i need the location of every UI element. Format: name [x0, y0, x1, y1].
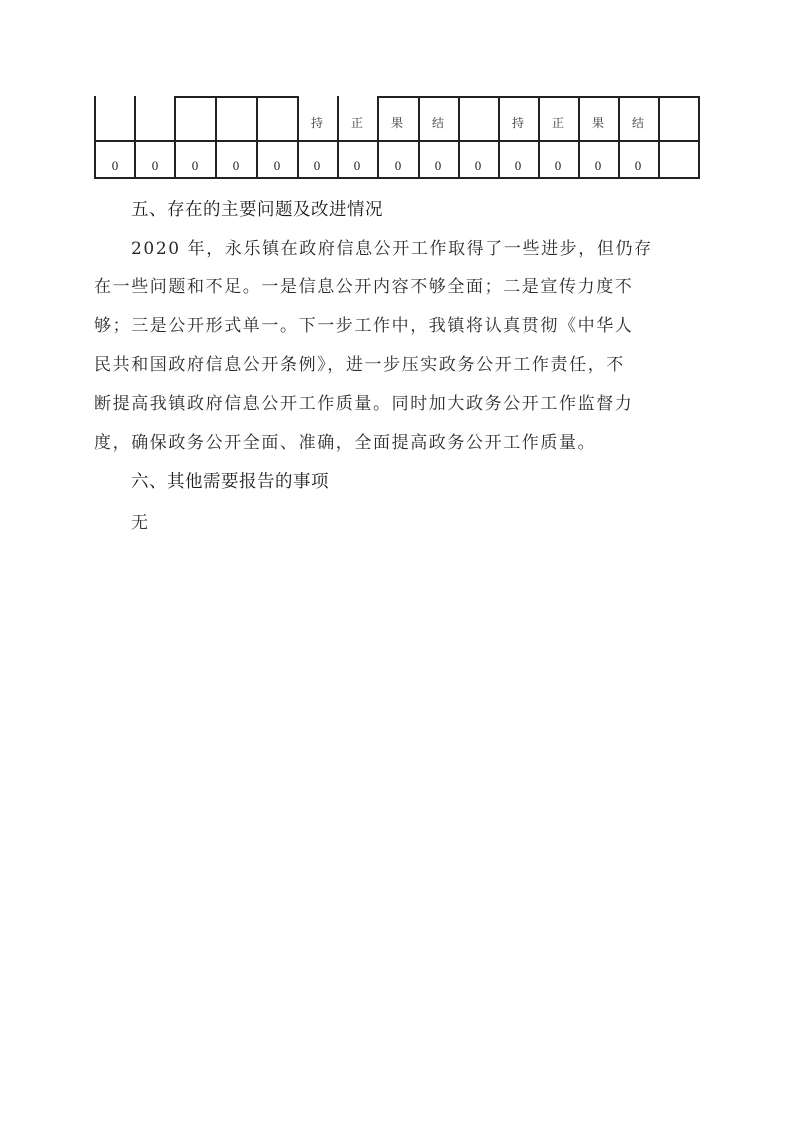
paragraph-line: 够；三是公开形式单一。下一步工作中，我镇将认真贯彻《中华人	[94, 311, 706, 336]
table-value-cell: 0	[418, 158, 458, 174]
table-header-cell: 果	[578, 114, 618, 131]
table-value-cell: 0	[216, 158, 256, 174]
table-header-cell: 正	[538, 114, 578, 131]
table-header-cell: 结	[418, 114, 458, 131]
table-header-cell: 结	[618, 114, 658, 131]
table-value-cell: 0	[618, 158, 658, 174]
table-header-cell: 持	[297, 114, 337, 131]
table-border	[174, 96, 298, 98]
table-border	[94, 140, 700, 142]
paragraph-line: 在一些问题和不足。一是信息公开内容不够全面；二是宣传力度不	[94, 272, 706, 297]
table-value-cell: 0	[135, 158, 175, 174]
table-value-cell: 0	[297, 158, 337, 174]
table-value-cell: 0	[538, 158, 578, 174]
section5-heading: 五、存在的主要问题及改进情况	[131, 196, 383, 221]
table-border	[698, 96, 700, 178]
table-border	[658, 96, 660, 178]
table-value-cell: 0	[578, 158, 618, 174]
section6-body: 无	[131, 508, 148, 533]
table-value-cell: 0	[378, 158, 418, 174]
paragraph-line: 度，确保政务公开全面、准确，全面提高政务公开工作质量。	[94, 428, 706, 453]
paragraph-line: 2020 年，永乐镇在政府信息公开工作取得了一些进步，但仍存	[131, 234, 706, 259]
table-value-cell: 0	[175, 158, 215, 174]
table-value-cell: 0	[95, 158, 135, 174]
table-header-cell: 正	[337, 114, 377, 131]
paragraph-line: 民共和国政府信息公开条例》，进一步压实政务公开工作责任，不	[94, 350, 706, 375]
table-value-cell: 0	[337, 158, 377, 174]
paragraph-line: 断提高我镇政府信息公开工作质量。同时加大政务公开工作监督力	[94, 389, 706, 414]
table-header-cell: 持	[498, 114, 538, 131]
table-header-cell: 果	[377, 114, 417, 131]
document-page: 持 正 果 结 持 正 果 结 0 0 0 0 0 0 0 0 0 0 0 0 …	[0, 0, 793, 1122]
table-value-cell: 0	[498, 158, 538, 174]
table-border	[94, 177, 700, 179]
table-value-cell: 0	[257, 158, 297, 174]
section6-heading: 六、其他需要报告的事项	[131, 468, 329, 493]
table-value-cell: 0	[458, 158, 498, 174]
table-border	[377, 96, 700, 98]
